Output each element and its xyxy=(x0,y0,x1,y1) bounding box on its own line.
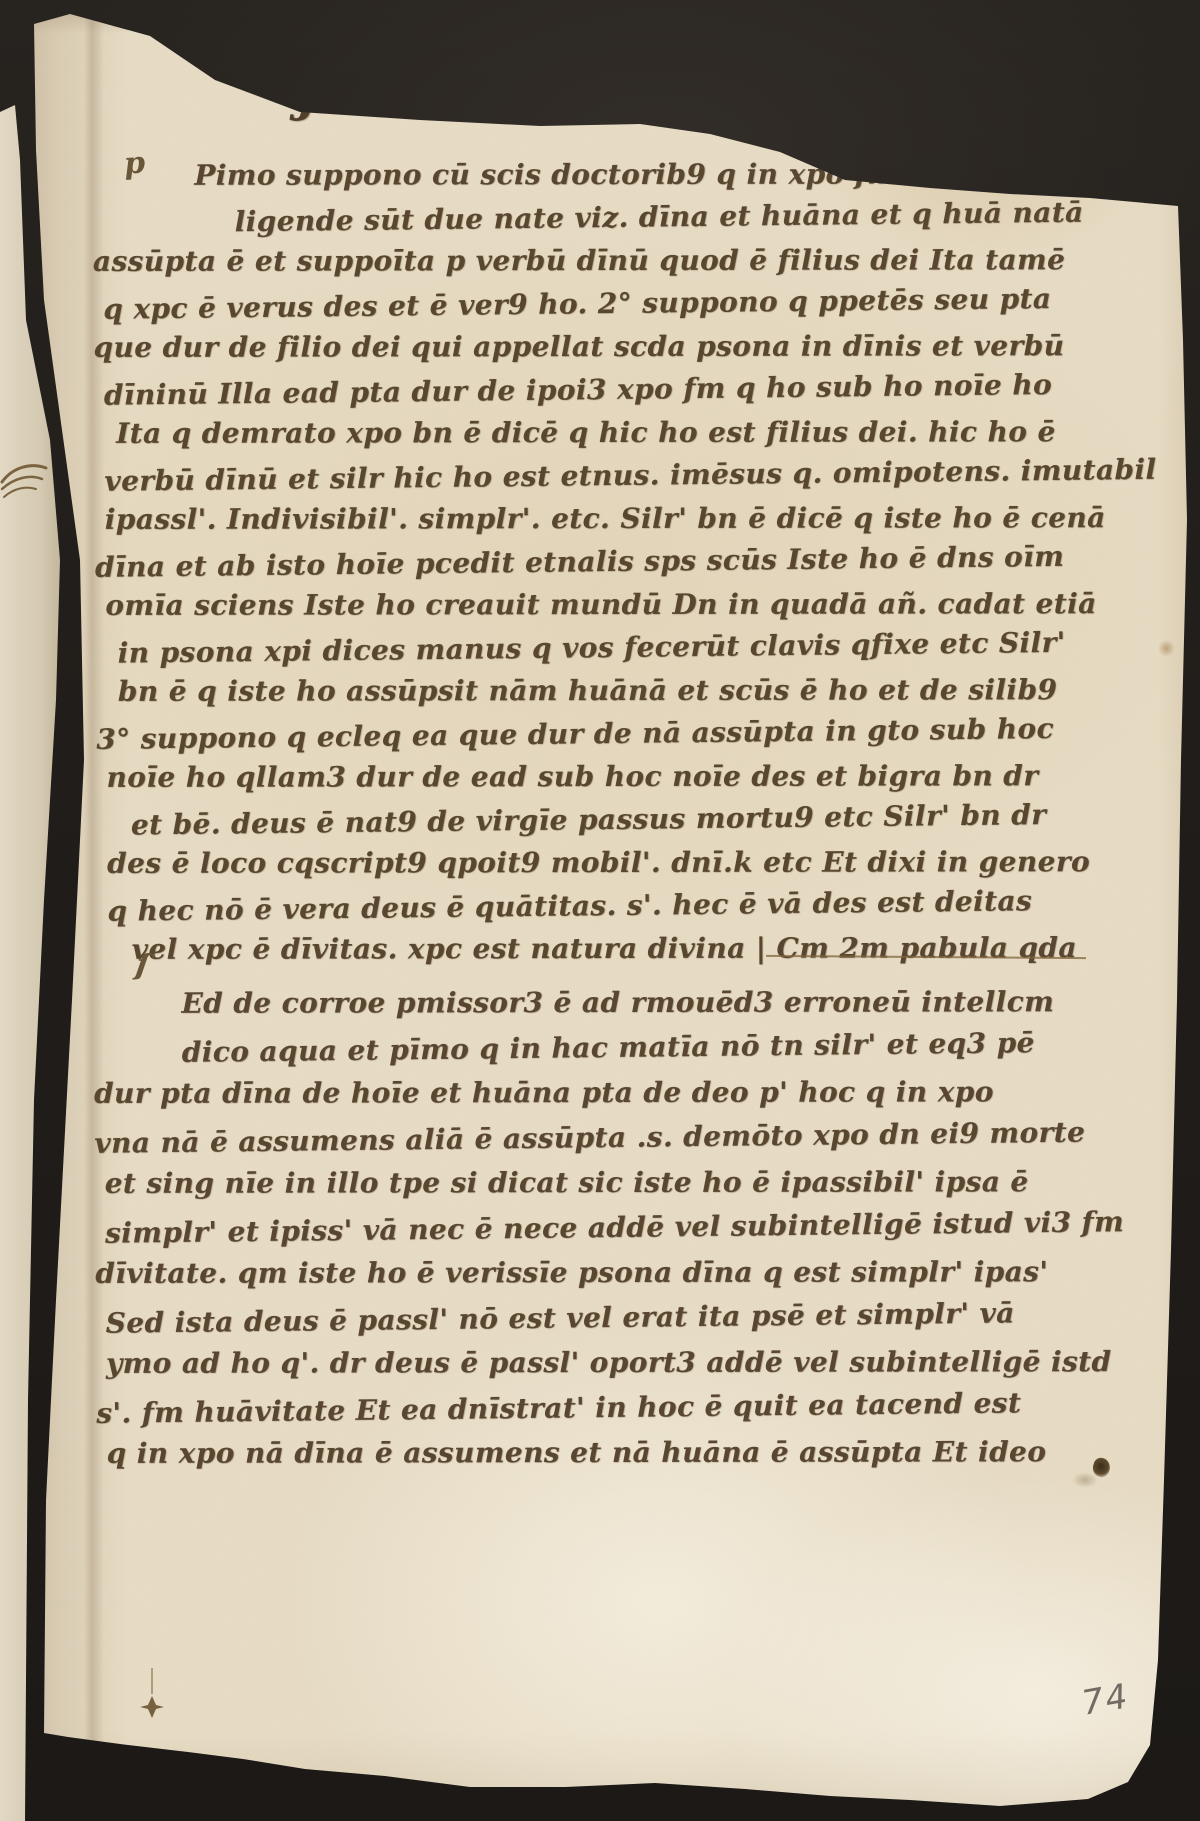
manuscript-line: dīna et ab isto hoīe pcedit etnalis sps … xyxy=(95,534,1125,589)
manuscript-line: et sing nīe in illo tpe si dicat sic ist… xyxy=(95,1159,1125,1206)
manuscript-line: simplr' et ipiss' vā nec ē nece addē vel… xyxy=(95,1199,1125,1256)
manuscript-line: 3° suppono q ecleq ea que dur de nā assū… xyxy=(96,706,1126,761)
wing-doodle-sketch xyxy=(0,452,50,506)
manuscript-line: que dur de filio dei qui appellat scda p… xyxy=(93,324,1123,369)
manuscript-line: Sed ista deus ē passl' nō est vel erat i… xyxy=(95,1289,1125,1346)
manuscript-line: s'. fm huāvitate Et ea dnīstrat' in hoc … xyxy=(96,1379,1126,1436)
manuscript-line: in psona xpi dices manus q vos fecerūt c… xyxy=(95,620,1125,675)
manuscript-line: Ita q demrato xpo bn ē dicē q hic ho est… xyxy=(94,410,1124,455)
manuscript-line: omīa sciens Iste ho creauit mundū Dn in … xyxy=(95,582,1125,627)
manuscript-line: verbū dīnū et silr hic ho est etnus. imē… xyxy=(94,448,1124,503)
manuscript-line: et bē. deus ē nat9 de virgīe passus mort… xyxy=(97,792,1127,847)
text-block-1: Pimo suppono cū scis doctorib9 q in xpo … xyxy=(92,149,1128,973)
ink-smudge xyxy=(1072,1472,1098,1488)
manuscript-line: vel xpc ē dīvitas. xpc est natura divina… xyxy=(98,926,1128,971)
manuscript-line: dico aqua et pīmo q in hac matīa nō tn s… xyxy=(94,1019,1124,1076)
manuscript-line: Ed de corroe pmissor3 ē ad rmouēd3 erron… xyxy=(93,979,1123,1026)
manuscript-line: noīe ho qllam3 dur de ead sub hoc noīe d… xyxy=(96,754,1126,799)
manuscript-line: ymo ad ho q'. dr deus ē passl' oport3 ad… xyxy=(96,1339,1126,1386)
manuscript-line: vna nā ē assumens aliā ē assūpta .s. dem… xyxy=(94,1109,1124,1166)
manuscript-line: dur pta dīna de hoīe et huāna pta de deo… xyxy=(94,1069,1124,1116)
manuscript-line: assūpta ē et suppoīta p verbū dīnū quod … xyxy=(93,238,1123,283)
collation-star-mark xyxy=(136,1668,168,1724)
manuscript-line: bn ē q iste ho assūpsit nām huānā et scū… xyxy=(96,668,1126,713)
folio-number: 74 xyxy=(1079,1676,1132,1724)
manuscript-line: q in xpo nā dīna ē assumens et nā huāna … xyxy=(97,1429,1127,1476)
manuscript-line: q xpc ē verus des et ē ver9 ho. 2° suppo… xyxy=(93,276,1123,331)
manuscript-line: des ē loco cqscript9 qpoit9 mobil'. dnī.… xyxy=(97,840,1127,885)
manuscript-page: Jn noīe dnī p Pimo suppono cū scis docto… xyxy=(0,0,1200,1821)
text-block-2: Ed de corroe pmissor3 ē ad rmouēd3 erron… xyxy=(93,976,1126,1478)
manuscript-line: ipassl'. Indivisibil'. simplr'. etc. Sil… xyxy=(95,496,1125,541)
manuscript-line: q hec nō ē vera deus ē quātitas. s'. hec… xyxy=(97,878,1127,933)
manuscript-line: ligende sūt due nate viz. dīna et huāna … xyxy=(92,190,1122,245)
manuscript-line: dīvitate. qm iste ho ē verissīe psona dī… xyxy=(95,1249,1125,1296)
manuscript-line: dīninū Illa ead pta dur de ipoi3 xpo fm … xyxy=(94,362,1124,417)
